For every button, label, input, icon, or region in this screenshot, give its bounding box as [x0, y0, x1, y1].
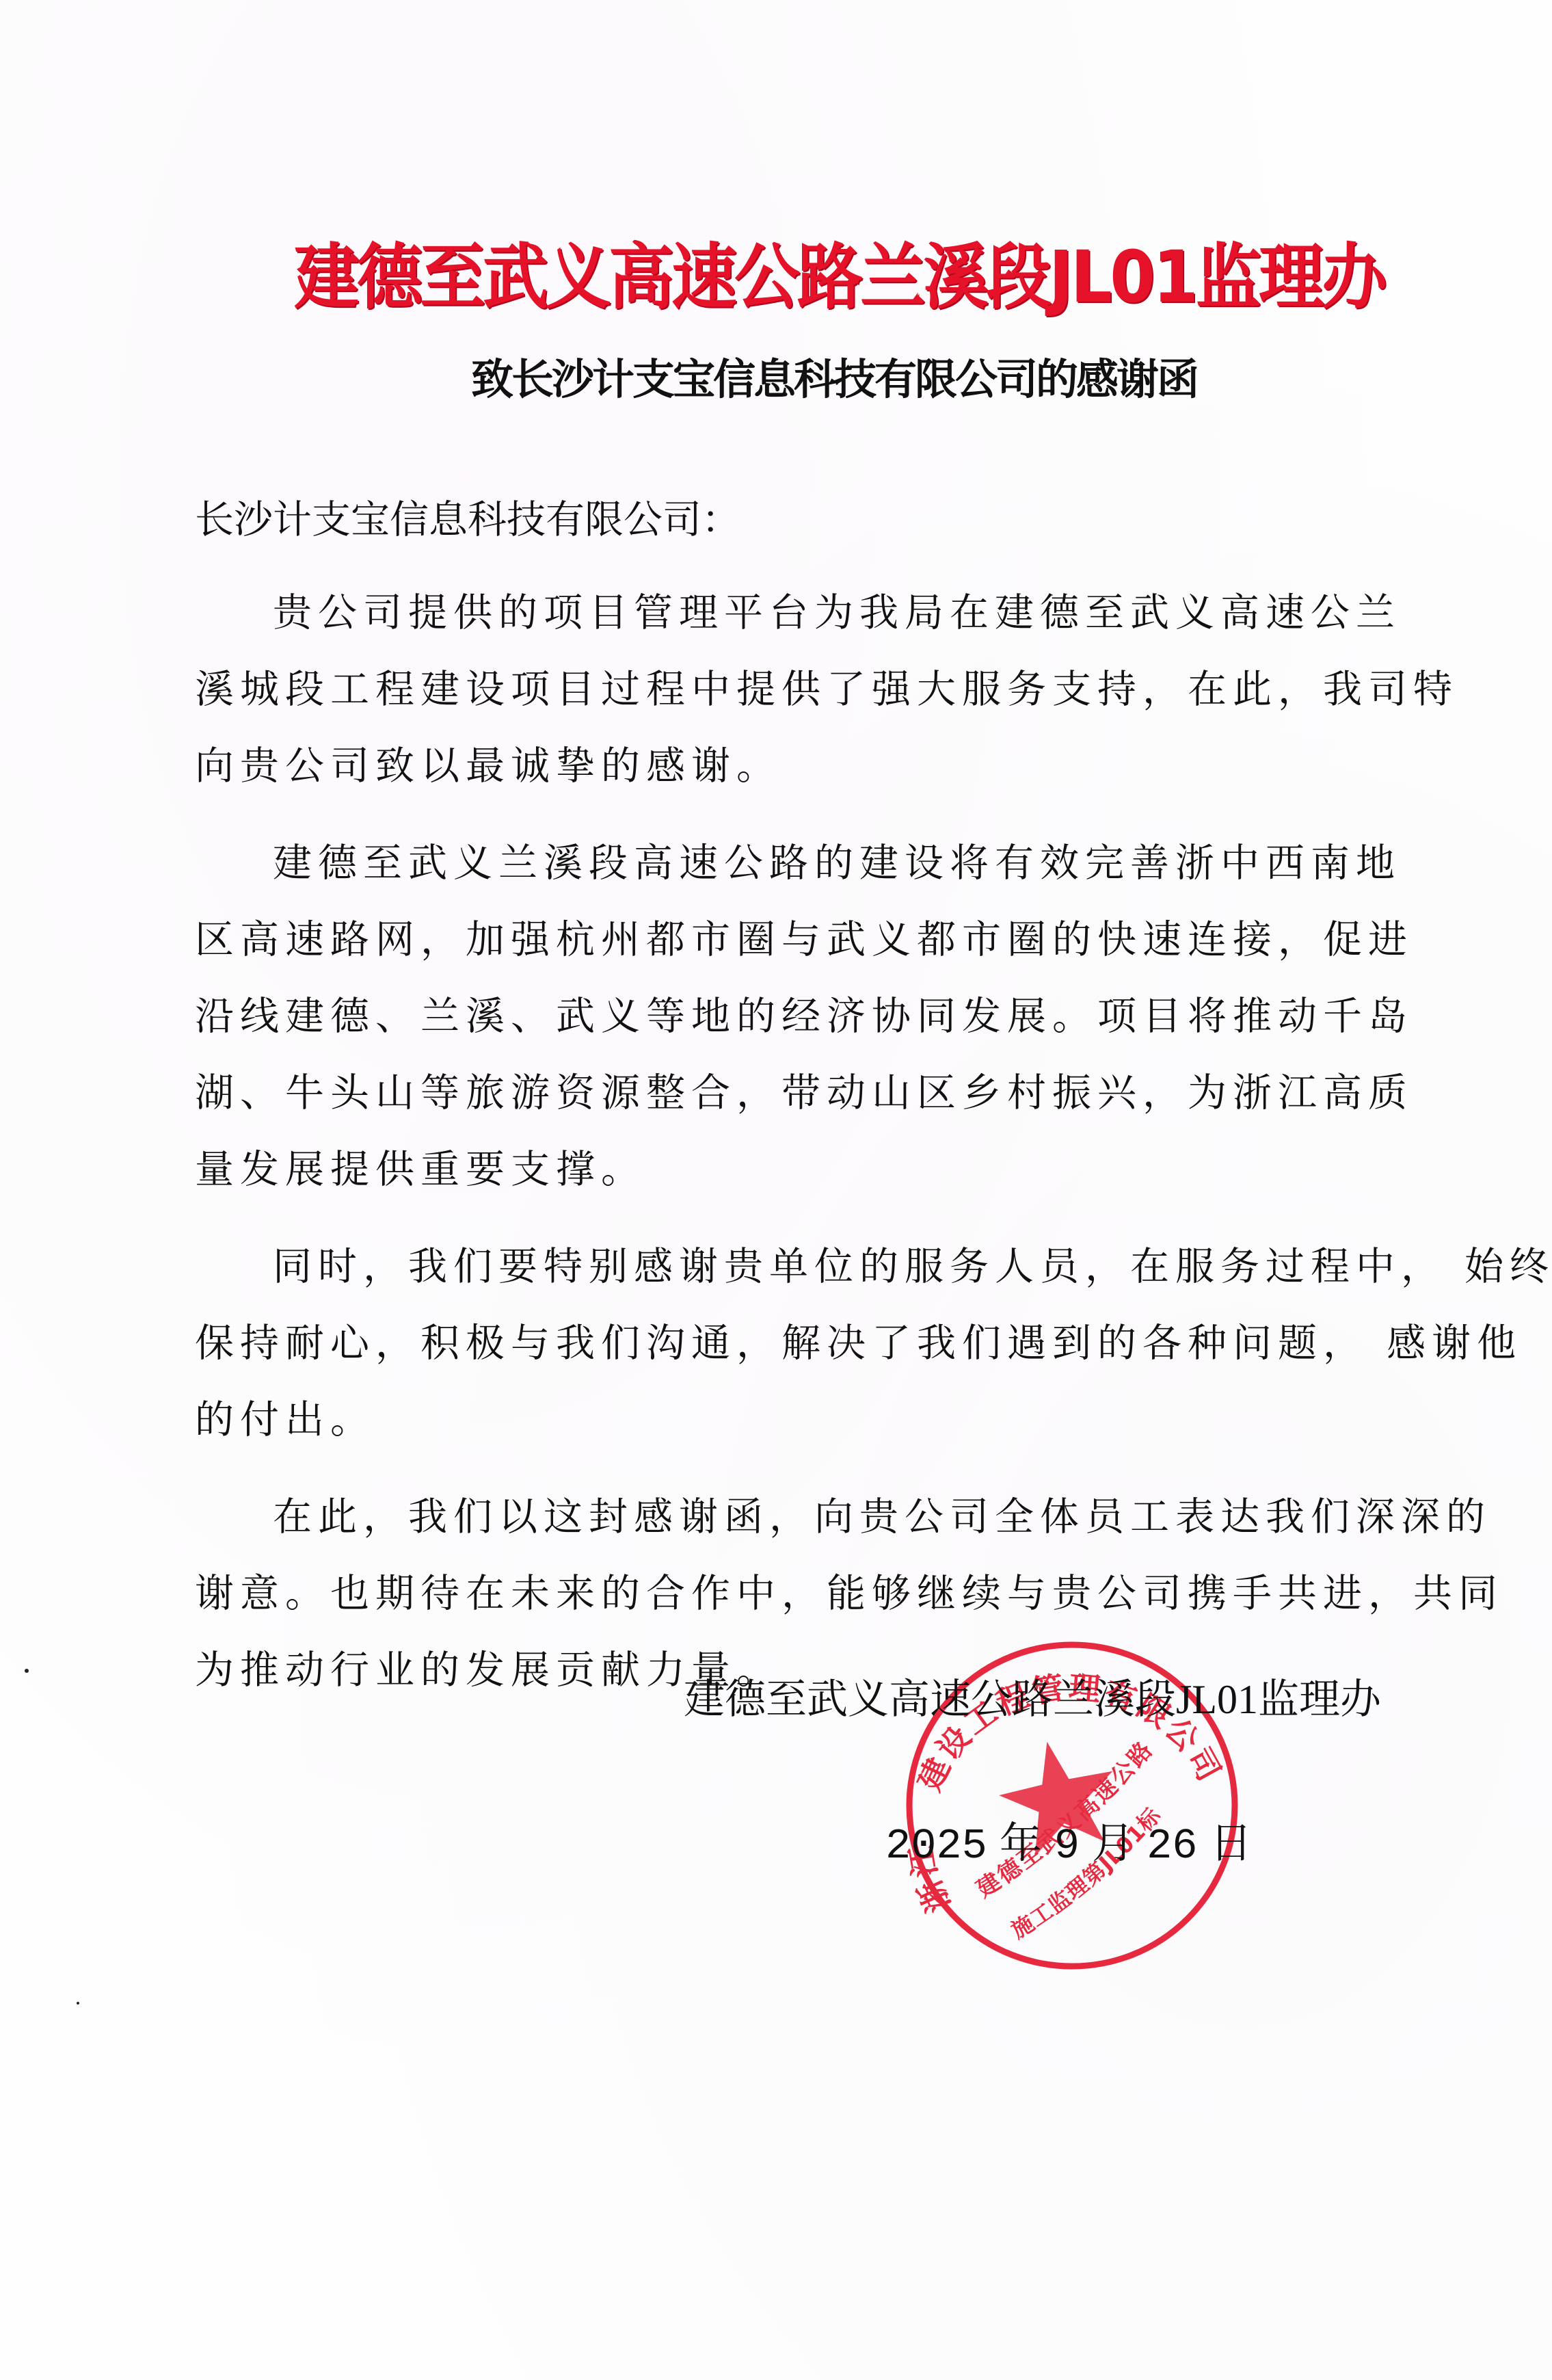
paragraph-2: 建德至武义兰溪段高速公路的建设将有效完善浙中西南地 区高速路网，加强杭州都市圈与…: [195, 825, 1357, 1208]
date-year: 2025: [885, 1822, 987, 1870]
paragraph-line: 区高速路网，加强杭州都市圈与武义都市圈的快速连接，促进: [195, 901, 1357, 978]
paragraph-line: 同时，我们要特别感谢贵单位的服务人员，在服务过程中， 始终: [195, 1228, 1357, 1305]
paragraph-line: 建德至武义兰溪段高速公路的建设将有效完善浙中西南地: [195, 825, 1357, 901]
paragraph-line: 的付出。: [195, 1381, 1357, 1458]
date-month: 9: [1054, 1822, 1080, 1870]
letterhead-title: 建德至武义高速公路兰溪段JL01监理办: [294, 229, 1294, 325]
paragraph-line: 量发展提供重要支撑。: [195, 1131, 1357, 1208]
paragraph-line: 向贵公司致以最诚挚的感谢。: [195, 728, 1357, 804]
paragraph-line: 在此，我们以这封感谢函，向贵公司全体员工表达我们深深的: [195, 1479, 1357, 1555]
paragraph-3: 同时，我们要特别感谢贵单位的服务人员，在服务过程中， 始终 保持耐心，积极与我们…: [195, 1228, 1357, 1458]
signature-date: 2025年9月26日: [885, 1819, 1265, 1874]
scan-speck: [25, 1669, 29, 1673]
paragraph-line: 贵公司提供的项目管理平台为我局在建德至武义高速公兰: [195, 574, 1357, 651]
date-day-unit: 日: [1210, 1822, 1253, 1870]
paragraph-line: 保持耐心，积极与我们沟通，解决了我们遇到的各种问题， 感谢他: [195, 1305, 1357, 1381]
date-year-unit: 年: [1000, 1822, 1042, 1870]
letter-body: 长沙计支宝信息科技有限公司： 贵公司提供的项目管理平台为我局在建德至武义高速公兰…: [195, 492, 1357, 1729]
date-month-unit: 月: [1092, 1822, 1134, 1870]
letter-page: 建德至武义高速公路兰溪段JL01监理办 致长沙计支宝信息科技有限公司的感谢函 长…: [0, 0, 1552, 2380]
paragraph-line: 湖、牛头山等旅游资源整合，带动山区乡村振兴，为浙江高质: [195, 1055, 1357, 1131]
paragraph-line: 溪城段工程建设项目过程中提供了强大服务支持，在此，我司特: [195, 651, 1357, 728]
letter-subtitle: 致长沙计支宝信息科技有限公司的感谢函: [424, 352, 1244, 407]
signature-organization: 建德至武义高速公路兰溪段JL01监理办: [684, 1672, 1408, 1727]
salutation: 长沙计支宝信息科技有限公司：: [195, 492, 1357, 574]
date-day: 26: [1147, 1822, 1197, 1870]
paragraph-line: 谢意。也期待在未来的合作中，能够继续与贵公司携手共进，共同: [195, 1555, 1357, 1632]
paragraph-1: 贵公司提供的项目管理平台为我局在建德至武义高速公兰 溪城段工程建设项目过程中提供…: [195, 574, 1357, 804]
scan-speck: [77, 2002, 79, 2005]
paragraph-line: 沿线建德、兰溪、武义等地的经济协同发展。项目将推动千岛: [195, 978, 1357, 1055]
